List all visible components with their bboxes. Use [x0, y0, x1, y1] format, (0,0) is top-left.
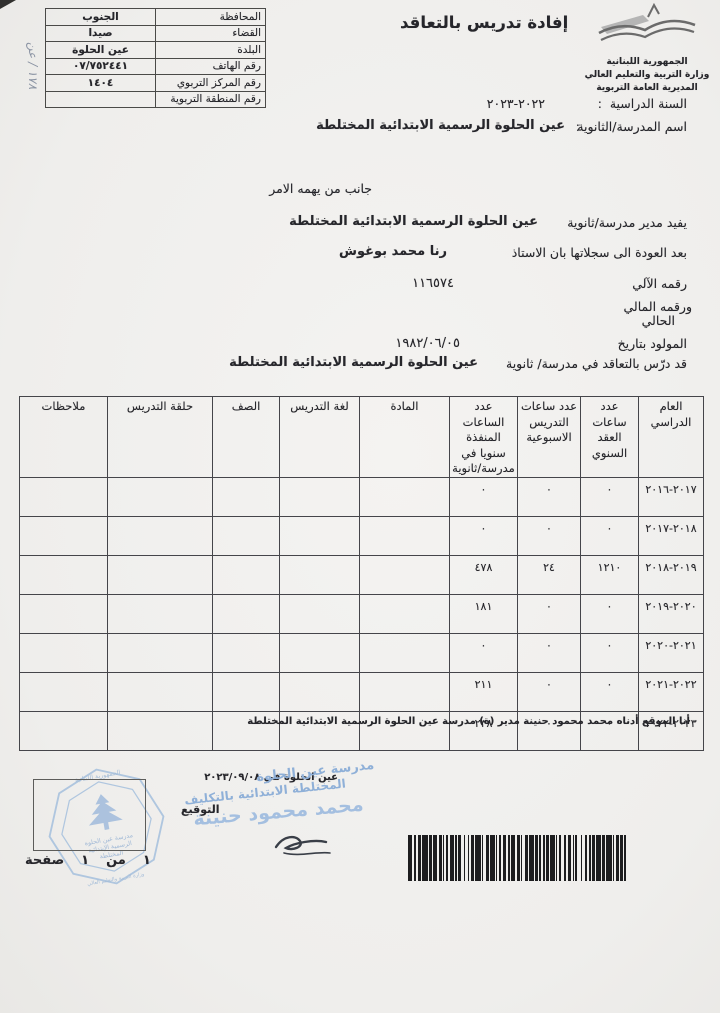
colon: : [576, 119, 580, 134]
cell-executed: ٢١١ [450, 672, 518, 711]
to-whom-line: جانب من يهمه الامر [269, 181, 372, 196]
school-year-value: ٢٠٢٣-٢٠٢٢ [487, 96, 545, 111]
stamp-ring-bottom-text: وزارة التربية والتعليم العالي [87, 871, 145, 887]
cell-notes [20, 633, 108, 672]
cell-subject [360, 516, 450, 555]
ministry-line: المديرية العامة التربوية [582, 82, 712, 95]
auto-number-label: رقمه الآلي [632, 276, 687, 291]
page-total: ١ [143, 853, 151, 868]
cell-language [280, 516, 360, 555]
cell-language [280, 477, 360, 516]
certifies-label: يفيد مدير مدرسة/ثانوية [567, 215, 687, 230]
financial-number-label: ورقمه المالي [624, 299, 693, 314]
cell-cycle [108, 633, 213, 672]
cell-subject [360, 594, 450, 633]
taught-label: قد درّس بالتعاقد في مدرسة/ ثانوية [506, 356, 687, 371]
document-title: إفادة تدريس بالتعاقد [400, 13, 560, 32]
info-value: صيدا [46, 25, 156, 42]
page-number-line: صفحة ١ من ١ [25, 853, 151, 868]
cell-notes [20, 672, 108, 711]
school-name-label: اسم المدرسة/الثانوية [577, 119, 687, 134]
cell-language [280, 555, 360, 594]
auto-number-value: ١١٦٥٧٤ [412, 276, 454, 291]
cell-executed: ١٨١ [450, 594, 518, 633]
cell-cycle [108, 711, 213, 750]
cell-cycle [108, 555, 213, 594]
cell-subject [360, 477, 450, 516]
of-label: من [106, 853, 126, 868]
table-row: البلدة عين الحلوة [46, 42, 266, 59]
info-value: ١٤٠٤ [46, 75, 156, 92]
cell-cycle [108, 594, 213, 633]
certifies-school-value: عين الحلوة الرسمية الابتدائية المختلطة [289, 214, 538, 229]
table-row: ٢٠١٧-٢٠١٦ ٠ ٠ ٠ [20, 477, 704, 516]
handwritten-margin-note: ١٧٨ / عن [26, 42, 40, 89]
info-value: عين الحلوة [46, 42, 156, 59]
cell-year: ٢٠٢١-٢٠٢٠ [639, 633, 704, 672]
cell-weekly: ٠ [518, 633, 581, 672]
ministry-line: الجمهورية اللبنانية [582, 56, 712, 69]
school-name-value: عين الحلوة الرسمية الابتدائية المختلطة [316, 118, 565, 133]
cell-contract: ٠ [581, 672, 639, 711]
open-book-logo-icon [591, 3, 703, 51]
col-header-cycle: حلقة التدريس [108, 397, 213, 478]
info-value: الجنوب [46, 9, 156, 26]
cell-language [280, 672, 360, 711]
cell-contract: ١٢١٠ [581, 555, 639, 594]
cell-executed: ٠ [450, 633, 518, 672]
cell-subject [360, 633, 450, 672]
handwritten-signature-icon [270, 831, 345, 859]
admin-info-table: المحافظة الجنوب القضاء صيدا البلدة عين ا… [45, 8, 266, 108]
colon: : [598, 96, 602, 111]
scan-corner-artifact [0, 0, 16, 9]
table-row: القضاء صيدا [46, 25, 266, 42]
financial-number-label2: الحالي [642, 313, 675, 328]
table-row: رقم الهاتف ٠٧/٧٥٢٤٤١ [46, 58, 266, 75]
cell-cycle [108, 516, 213, 555]
scanned-document-page: المحافظة الجنوب القضاء صيدا البلدة عين ا… [0, 0, 720, 1013]
cell-notes [20, 477, 108, 516]
records-label: بعد العودة الى سجلاتها بان الاستاذ [512, 245, 687, 260]
page-label: صفحة [25, 853, 64, 868]
info-value [46, 91, 156, 108]
col-header-class: الصف [213, 397, 280, 478]
cell-year: ٢٠١٩-٢٠١٨ [639, 555, 704, 594]
cell-cycle [108, 477, 213, 516]
table-row: ٢٠٢١-٢٠٢٠ ٠ ٠ ٠ [20, 633, 704, 672]
cell-contract: ٠ [581, 594, 639, 633]
col-header-executed-hours: عدد الساعات المنفذة سنويا في مدرسة/ثانوي… [450, 397, 518, 478]
cell-notes [20, 711, 108, 750]
cell-class [213, 672, 280, 711]
teacher-name-value: رنا محمد بوغوش [339, 244, 447, 259]
info-label: رقم الهاتف [156, 58, 266, 75]
info-label: رقم المركز التربوي [156, 75, 266, 92]
info-label: المحافظة [156, 9, 266, 26]
cell-notes [20, 516, 108, 555]
cell-executed: ٤٧٨ [450, 555, 518, 594]
cell-contract: ٠ [581, 516, 639, 555]
cell-executed: ٠ [450, 477, 518, 516]
cell-executed: ٠ [450, 516, 518, 555]
ministry-logo-block: الجمهورية اللبنانية وزارة التربية والتعل… [582, 3, 712, 95]
cell-weekly: ٢٤ [518, 555, 581, 594]
cell-contract: ٠ [581, 477, 639, 516]
table-row: المحافظة الجنوب [46, 9, 266, 26]
cell-subject [360, 555, 450, 594]
school-year-label: السنة الدراسية [610, 96, 687, 111]
col-header-year: العام الدراسي [639, 397, 704, 478]
cell-notes [20, 555, 108, 594]
table-header-row: العام الدراسي عدد ساعات العقد السنوي عدد… [20, 397, 704, 478]
cell-class [213, 516, 280, 555]
col-header-weekly-hours: عدد ساعات التدريس الاسبوعية [518, 397, 581, 478]
col-header-subject: المادة [360, 397, 450, 478]
page-number: ١ [81, 853, 89, 868]
cell-year: ٢٠١٧-٢٠١٦ [639, 477, 704, 516]
info-label: رقم المنطقة التربوية [156, 91, 266, 108]
cell-weekly: ٠ [518, 672, 581, 711]
cell-weekly: ٠ [518, 477, 581, 516]
info-label: القضاء [156, 25, 266, 42]
taught-school-value: عين الحلوة الرسمية الابتدائية المختلطة [229, 355, 478, 370]
birth-date-value: ١٩٨٢/٠٦/٠٥ [395, 336, 460, 351]
cell-notes [20, 594, 108, 633]
cell-class [213, 555, 280, 594]
table-row: ٢٠١٩-٢٠١٨ ١٢١٠ ٢٤ ٤٧٨ [20, 555, 704, 594]
col-header-language: لغة التدريس [280, 397, 360, 478]
cell-class [213, 477, 280, 516]
info-value: ٠٧/٧٥٢٤٤١ [46, 58, 156, 75]
cell-class [213, 633, 280, 672]
table-row: ٢٠٢٠-٢٠١٩ ٠ ٠ ١٨١ [20, 594, 704, 633]
cell-weekly: ٠ [518, 516, 581, 555]
col-header-contract-hours: عدد ساعات العقد السنوي [581, 397, 639, 478]
cell-year: ٢٠١٨-٢٠١٧ [639, 516, 704, 555]
table-row: رقم المنطقة التربوية [46, 91, 266, 108]
barcode [408, 835, 629, 881]
cell-contract: ٠ [581, 633, 639, 672]
teaching-hours-table: العام الدراسي عدد ساعات العقد السنوي عدد… [19, 396, 704, 751]
table-row: ٢٠١٨-٢٠١٧ ٠ ٠ ٠ [20, 516, 704, 555]
director-declaration: أنا الموقع أدناه محمد محمود حنينة مدير (… [247, 716, 690, 727]
cell-subject [360, 672, 450, 711]
cell-weekly: ٠ [518, 594, 581, 633]
table-row: ٢٠٢٢-٢٠٢١ ٠ ٠ ٢١١ [20, 672, 704, 711]
cell-class [213, 594, 280, 633]
info-label: البلدة [156, 42, 266, 59]
cell-year: ٢٠٢٢-٢٠٢١ [639, 672, 704, 711]
cell-language [280, 594, 360, 633]
ministry-line: وزارة التربية والتعليم العالي [582, 69, 712, 82]
col-header-notes: ملاحظات [20, 397, 108, 478]
cell-year: ٢٠٢٠-٢٠١٩ [639, 594, 704, 633]
table-row: رقم المركز التربوي ١٤٠٤ [46, 75, 266, 92]
signature-box [33, 779, 146, 851]
birth-date-label: المولود بتاريخ [618, 336, 687, 351]
cell-language [280, 633, 360, 672]
cell-cycle [108, 672, 213, 711]
